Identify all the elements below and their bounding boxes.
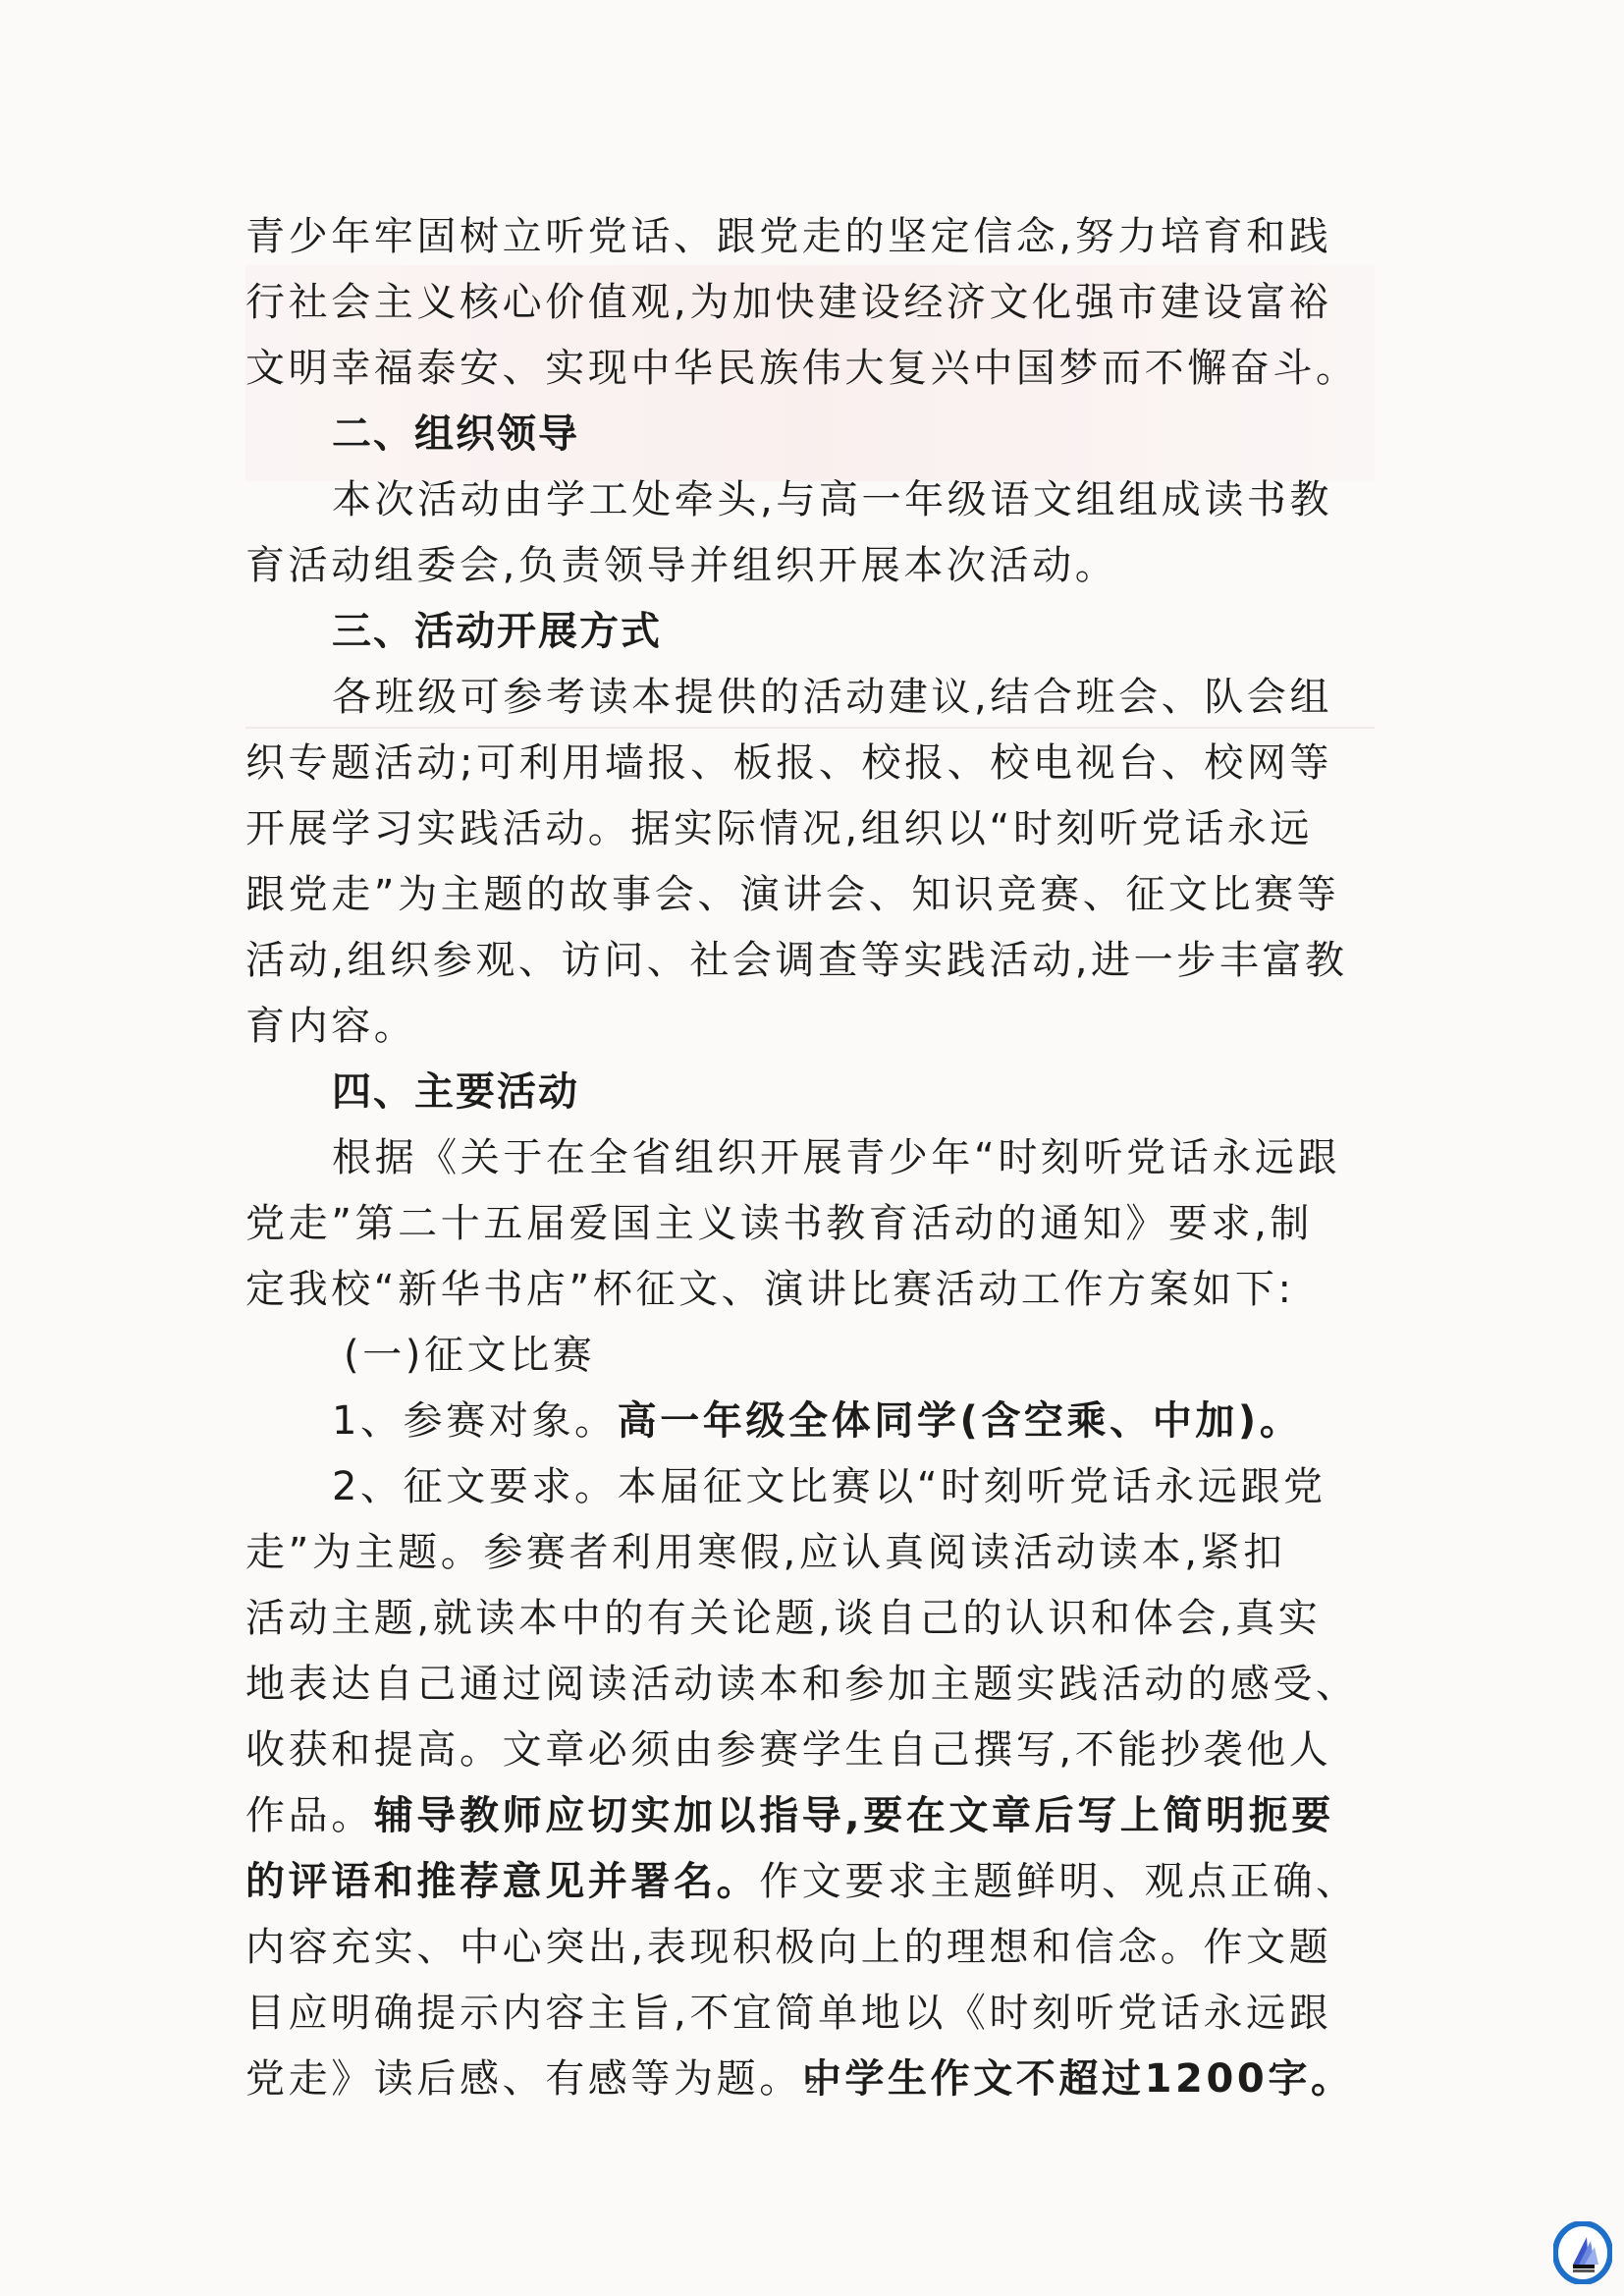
text-line: 根据《关于在全省组织开展青少年“时刻听党话永远跟 (245, 1125, 1384, 1191)
text-line: 作品。辅导教师应切实加以指导,要在文章后写上简明扼要 (245, 1783, 1384, 1849)
document-page: 青少年牢固树立听党话、跟党走的坚定信念,努力培育和践 行社会主义核心价值观,为加… (245, 204, 1384, 2112)
text-line: 内容充实、中心突出,表现积极向上的理想和信念。作文题 (245, 1915, 1384, 1981)
text-line: 走”为主题。参赛者利用寒假,应认真阅读活动读本,紧扣 (245, 1520, 1384, 1586)
text-line: 定我校“新华书店”杯征文、演讲比赛活动工作方案如下: (245, 1257, 1384, 1323)
paragraph-continued: 青少年牢固树立听党话、跟党走的坚定信念,努力培育和践 行社会主义核心价值观,为加… (245, 204, 1384, 402)
section-heading-main-activities: 四、主要活动 (245, 1060, 1384, 1125)
text-line: 行社会主义核心价值观,为加快建设经济文化强市建设富裕 (245, 270, 1384, 336)
text-line: 育活动组委会,负责领导并组织开展本次活动。 (245, 533, 1384, 599)
item-participants: 1、参赛对象。高一年级全体同学(含空乘、中加)。 (245, 1389, 1384, 1454)
text-line: 活动,组织参观、访问、社会调查等实践活动,进一步丰富教 (245, 928, 1384, 994)
paragraph-main-activities: 根据《关于在全省组织开展青少年“时刻听党话永远跟 党走”第二十五届爱国主义读书教… (245, 1125, 1384, 1323)
subheading-essay-contest: (一)征文比赛 (245, 1323, 1384, 1389)
text-normal: 作文要求主题鲜明、观点正确、 (759, 1859, 1358, 1904)
paragraph-activity-methods: 各班级可参考读本提供的活动建议,结合班会、队会组 织专题活动;可利用墙报、板报、… (245, 665, 1384, 1060)
text-line: 开展学习实践活动。据实际情况,组织以“时刻听党话永远 (245, 796, 1384, 862)
school-seal-icon (1553, 2221, 1612, 2284)
text-line: 党走”第二十五届爱国主义读书教育活动的通知》要求,制 (245, 1191, 1384, 1257)
text-line: 活动主题,就读本中的有关论题,谈自己的认识和体会,真实 (245, 1586, 1384, 1652)
item-participants-bold: 高一年级全体同学(含空乘、中加)。 (618, 1398, 1303, 1444)
paragraph-organization: 本次活动由学工处牵头,与高一年级语文组组成读书教 育活动组委会,负责领导并组织开… (245, 467, 1384, 599)
page-number: 2 (0, 2070, 1624, 2100)
section-heading-activity-methods: 三、活动开展方式 (245, 599, 1384, 665)
text-bold-teacher-guidance: 的评语和推荐意见并署名。 (245, 1859, 759, 1904)
text-line: 青少年牢固树立听党话、跟党走的坚定信念,努力培育和践 (245, 204, 1384, 270)
text-line: 的评语和推荐意见并署名。作文要求主题鲜明、观点正确、 (245, 1849, 1384, 1915)
text-line: 地表达自己通过阅读活动读本和参加主题实践活动的感受、 (245, 1652, 1384, 1718)
text-line: 各班级可参考读本提供的活动建议,结合班会、队会组 (245, 665, 1384, 731)
item-essay-requirements: 2、征文要求。本届征文比赛以“时刻听党话永远跟党 走”为主题。参赛者利用寒假,应… (245, 1454, 1384, 2112)
text-line: 2、征文要求。本届征文比赛以“时刻听党话永远跟党 (245, 1454, 1384, 1520)
text-line: 目应明确提示内容主旨,不宜简单地以《时刻听党话永远跟 (245, 1981, 1384, 2047)
text-bold-teacher-guidance: 辅导教师应切实加以指导,要在文章后写上简明扼要 (374, 1793, 1334, 1838)
section-heading-organization: 二、组织领导 (245, 402, 1384, 467)
text-line: 本次活动由学工处牵头,与高一年级语文组组成读书教 (245, 467, 1384, 533)
text-line: 织专题活动;可利用墙报、板报、校报、校电视台、校网等 (245, 731, 1384, 796)
text-line: 文明幸福泰安、实现中华民族伟大复兴中国梦而不懈奋斗。 (245, 336, 1384, 402)
text-line: 收获和提高。文章必须由参赛学生自己撰写,不能抄袭他人 (245, 1718, 1384, 1783)
text-line: 跟党走”为主题的故事会、演讲会、知识竞赛、征文比赛等 (245, 862, 1384, 928)
text-line: 育内容。 (245, 994, 1384, 1060)
text-normal: 作品。 (245, 1793, 374, 1838)
item-label: 1、参赛对象。 (332, 1398, 618, 1444)
